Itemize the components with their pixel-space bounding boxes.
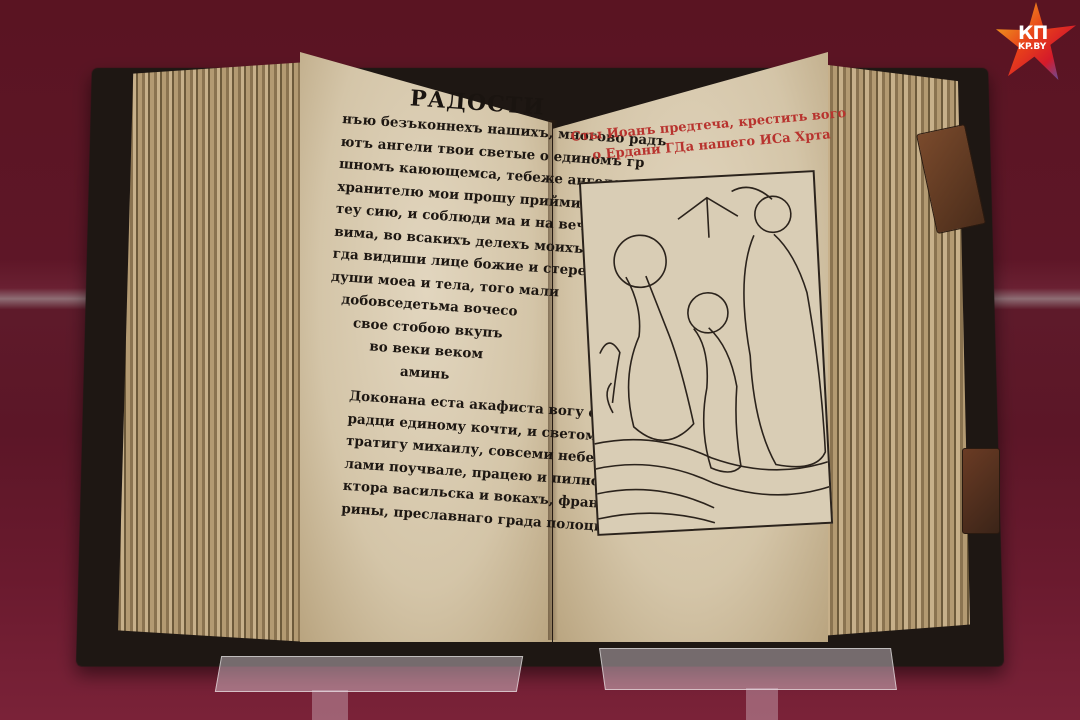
- stand-post-right: [746, 688, 778, 720]
- kp-watermark-logo: КП KP.BY: [996, 2, 1076, 80]
- left-page-edges: [118, 62, 308, 642]
- stand-post-left: [312, 690, 348, 720]
- acrylic-stand-left: [215, 656, 523, 692]
- logo-text-sub: KP.BY: [1018, 42, 1046, 52]
- photo-scene: РАДОСТИ нъю безъконнехъ нашихъ, многово …: [0, 0, 1080, 720]
- baptism-woodcut-illustration: [579, 170, 833, 536]
- acrylic-stand-right: [599, 648, 897, 690]
- book-clasp-bottom: [962, 448, 1000, 534]
- woodcut-drawing-icon: [581, 172, 831, 534]
- logo-text-main: КП: [1018, 24, 1047, 42]
